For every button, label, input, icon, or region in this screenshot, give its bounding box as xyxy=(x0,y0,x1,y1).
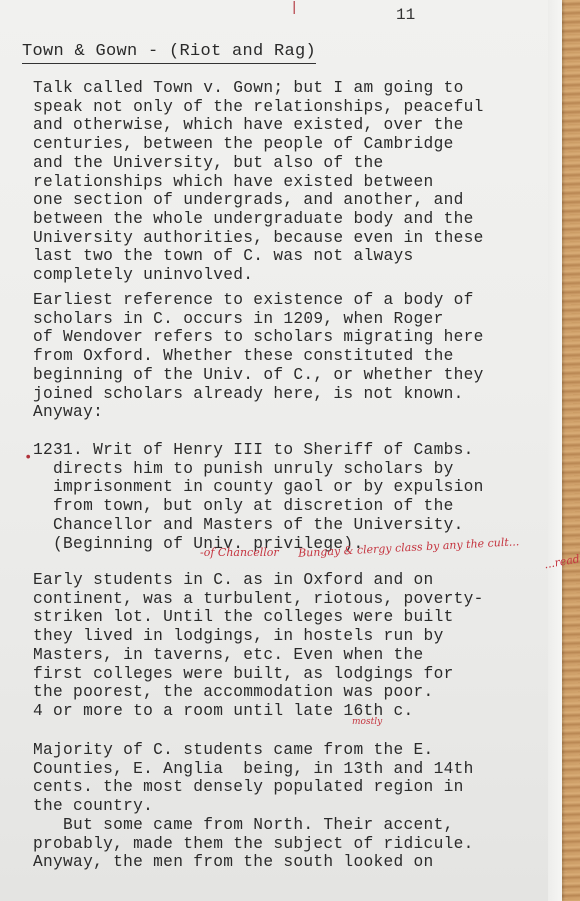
text-line: 1231. Writ of Henry III to Sheriff of Ca… xyxy=(33,440,474,460)
text-line: of Wendover refers to scholars migrating… xyxy=(33,327,484,347)
text-line: Anyway, the men from the south looked on xyxy=(33,852,434,872)
page-number: 11 xyxy=(396,6,415,24)
text-line: relationships which have existed between xyxy=(33,172,434,192)
text-line: joined scholars already here, is not kno… xyxy=(33,384,464,404)
text-line: the poorest, the accommodation was poor. xyxy=(33,682,434,702)
text-line: imprisonment in county gaol or by expuls… xyxy=(33,477,484,497)
text-line: completely uninvolved. xyxy=(33,265,253,285)
handwritten-annotation: mostly xyxy=(352,717,382,727)
text-line: from town, but only at discretion of the xyxy=(33,496,454,516)
text-line: Earliest reference to existence of a bod… xyxy=(33,290,474,310)
text-line: scholars in C. occurs in 1209, when Roge… xyxy=(33,309,444,329)
text-line: first colleges were built, as lodgings f… xyxy=(33,664,454,684)
page-title: Town & Gown - (Riot and Rag) xyxy=(22,42,316,64)
text-line: the country. xyxy=(33,796,153,816)
text-line: Talk called Town v. Gown; but I am going… xyxy=(33,78,464,98)
text-line: University authorities, because even in … xyxy=(33,228,484,248)
handwritten-annotation: -of Chancellor xyxy=(200,546,279,559)
text-line: directs him to punish unruly scholars by xyxy=(33,459,454,479)
text-line: Counties, E. Anglia being, in 13th and 1… xyxy=(33,759,474,779)
red-pen-stroke: | xyxy=(290,0,298,16)
text-line: one section of undergrads, and another, … xyxy=(33,190,464,210)
text-line: between the whole undergraduate body and… xyxy=(33,209,474,229)
text-line: centuries, between the people of Cambrid… xyxy=(33,134,454,154)
text-line: speak not only of the relationships, pea… xyxy=(33,97,484,117)
text-line: from Oxford. Whether these constituted t… xyxy=(33,346,454,366)
text-line: and otherwise, which have existed, over … xyxy=(33,115,464,135)
text-line: Chancellor and Masters of the University… xyxy=(33,515,464,535)
text-line: and the University, but also of the xyxy=(33,153,384,173)
red-pen-dot: • xyxy=(24,450,32,466)
text-line: cents. the most densely populated region… xyxy=(33,777,464,797)
text-line: Anyway: xyxy=(33,402,103,422)
text-line: probably, made them the subject of ridic… xyxy=(33,834,474,854)
text-line: striken lot. Until the colleges were bui… xyxy=(33,607,454,627)
text-line: they lived in lodgings, in hostels run b… xyxy=(33,626,444,646)
text-line: last two the town of C. was not always xyxy=(33,246,414,266)
text-line: beginning of the Univ. of C., or whether… xyxy=(33,365,484,385)
text-line: Masters, in taverns, etc. Even when the xyxy=(33,645,424,665)
text-line: But some came from North. Their accent, xyxy=(33,815,454,835)
page-edge xyxy=(548,0,562,901)
text-line: Majority of C. students came from the E. xyxy=(33,740,434,760)
text-line: Early students in C. as in Oxford and on xyxy=(33,570,434,590)
typed-page: 11 Town & Gown - (Riot and Rag) Talk cal… xyxy=(0,0,562,901)
text-line: continent, was a turbulent, riotous, pov… xyxy=(33,589,484,609)
